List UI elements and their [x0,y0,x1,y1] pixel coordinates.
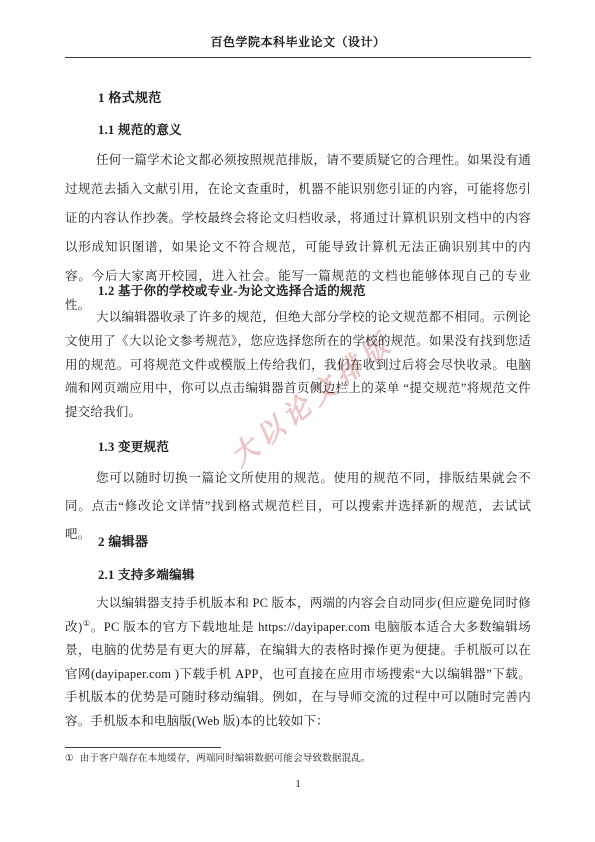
footnote-text: 由于客户端存在本地缓存，两端同时编辑数据可能会导致数据混乱。 [80,754,371,764]
heading-format-spec: 1 格式规范 [65,87,531,106]
footnote-reference-mark: ① [82,618,90,627]
document-page: 大以论文排版 百色学院本科毕业论文（设计） 1 格式规范 1.1 规范的意义 任… [0,0,595,842]
footnote-marker: ① [65,754,74,764]
heading-spec-meaning: 1.1 规范的意义 [65,120,531,138]
heading-editor: 2 编辑器 [65,531,531,550]
footnote-divider [65,747,221,748]
footnote: ①由于客户端存在本地缓存，两端同时编辑数据可能会导致数据混乱。 [65,753,531,766]
page-header-title: 百色学院本科毕业论文（设计） [65,33,531,50]
paragraph-multi-device: 大以编辑器支持手机版本和 PC 版本，两端的内容会自动同步(但应避免同时修改)①… [65,592,531,733]
paragraph-choose-spec: 大以编辑器收录了许多的规范，但绝大部分学校的论文规范都不相同。示例论文使用了《大… [65,306,531,425]
heading-change-spec: 1.3 变更规范 [65,437,531,455]
heading-choose-spec: 1.2 基于你的学校或专业-为论文选择合适的规范 [65,281,531,299]
heading-multi-device: 2.1 支持多端编辑 [65,565,531,583]
header-divider [65,57,531,58]
paragraph-text-after-footnote: 。PC 版本的官方下载地址是 https://dayipaper.com 电脑版… [65,620,531,728]
page-number: 1 [65,778,531,790]
